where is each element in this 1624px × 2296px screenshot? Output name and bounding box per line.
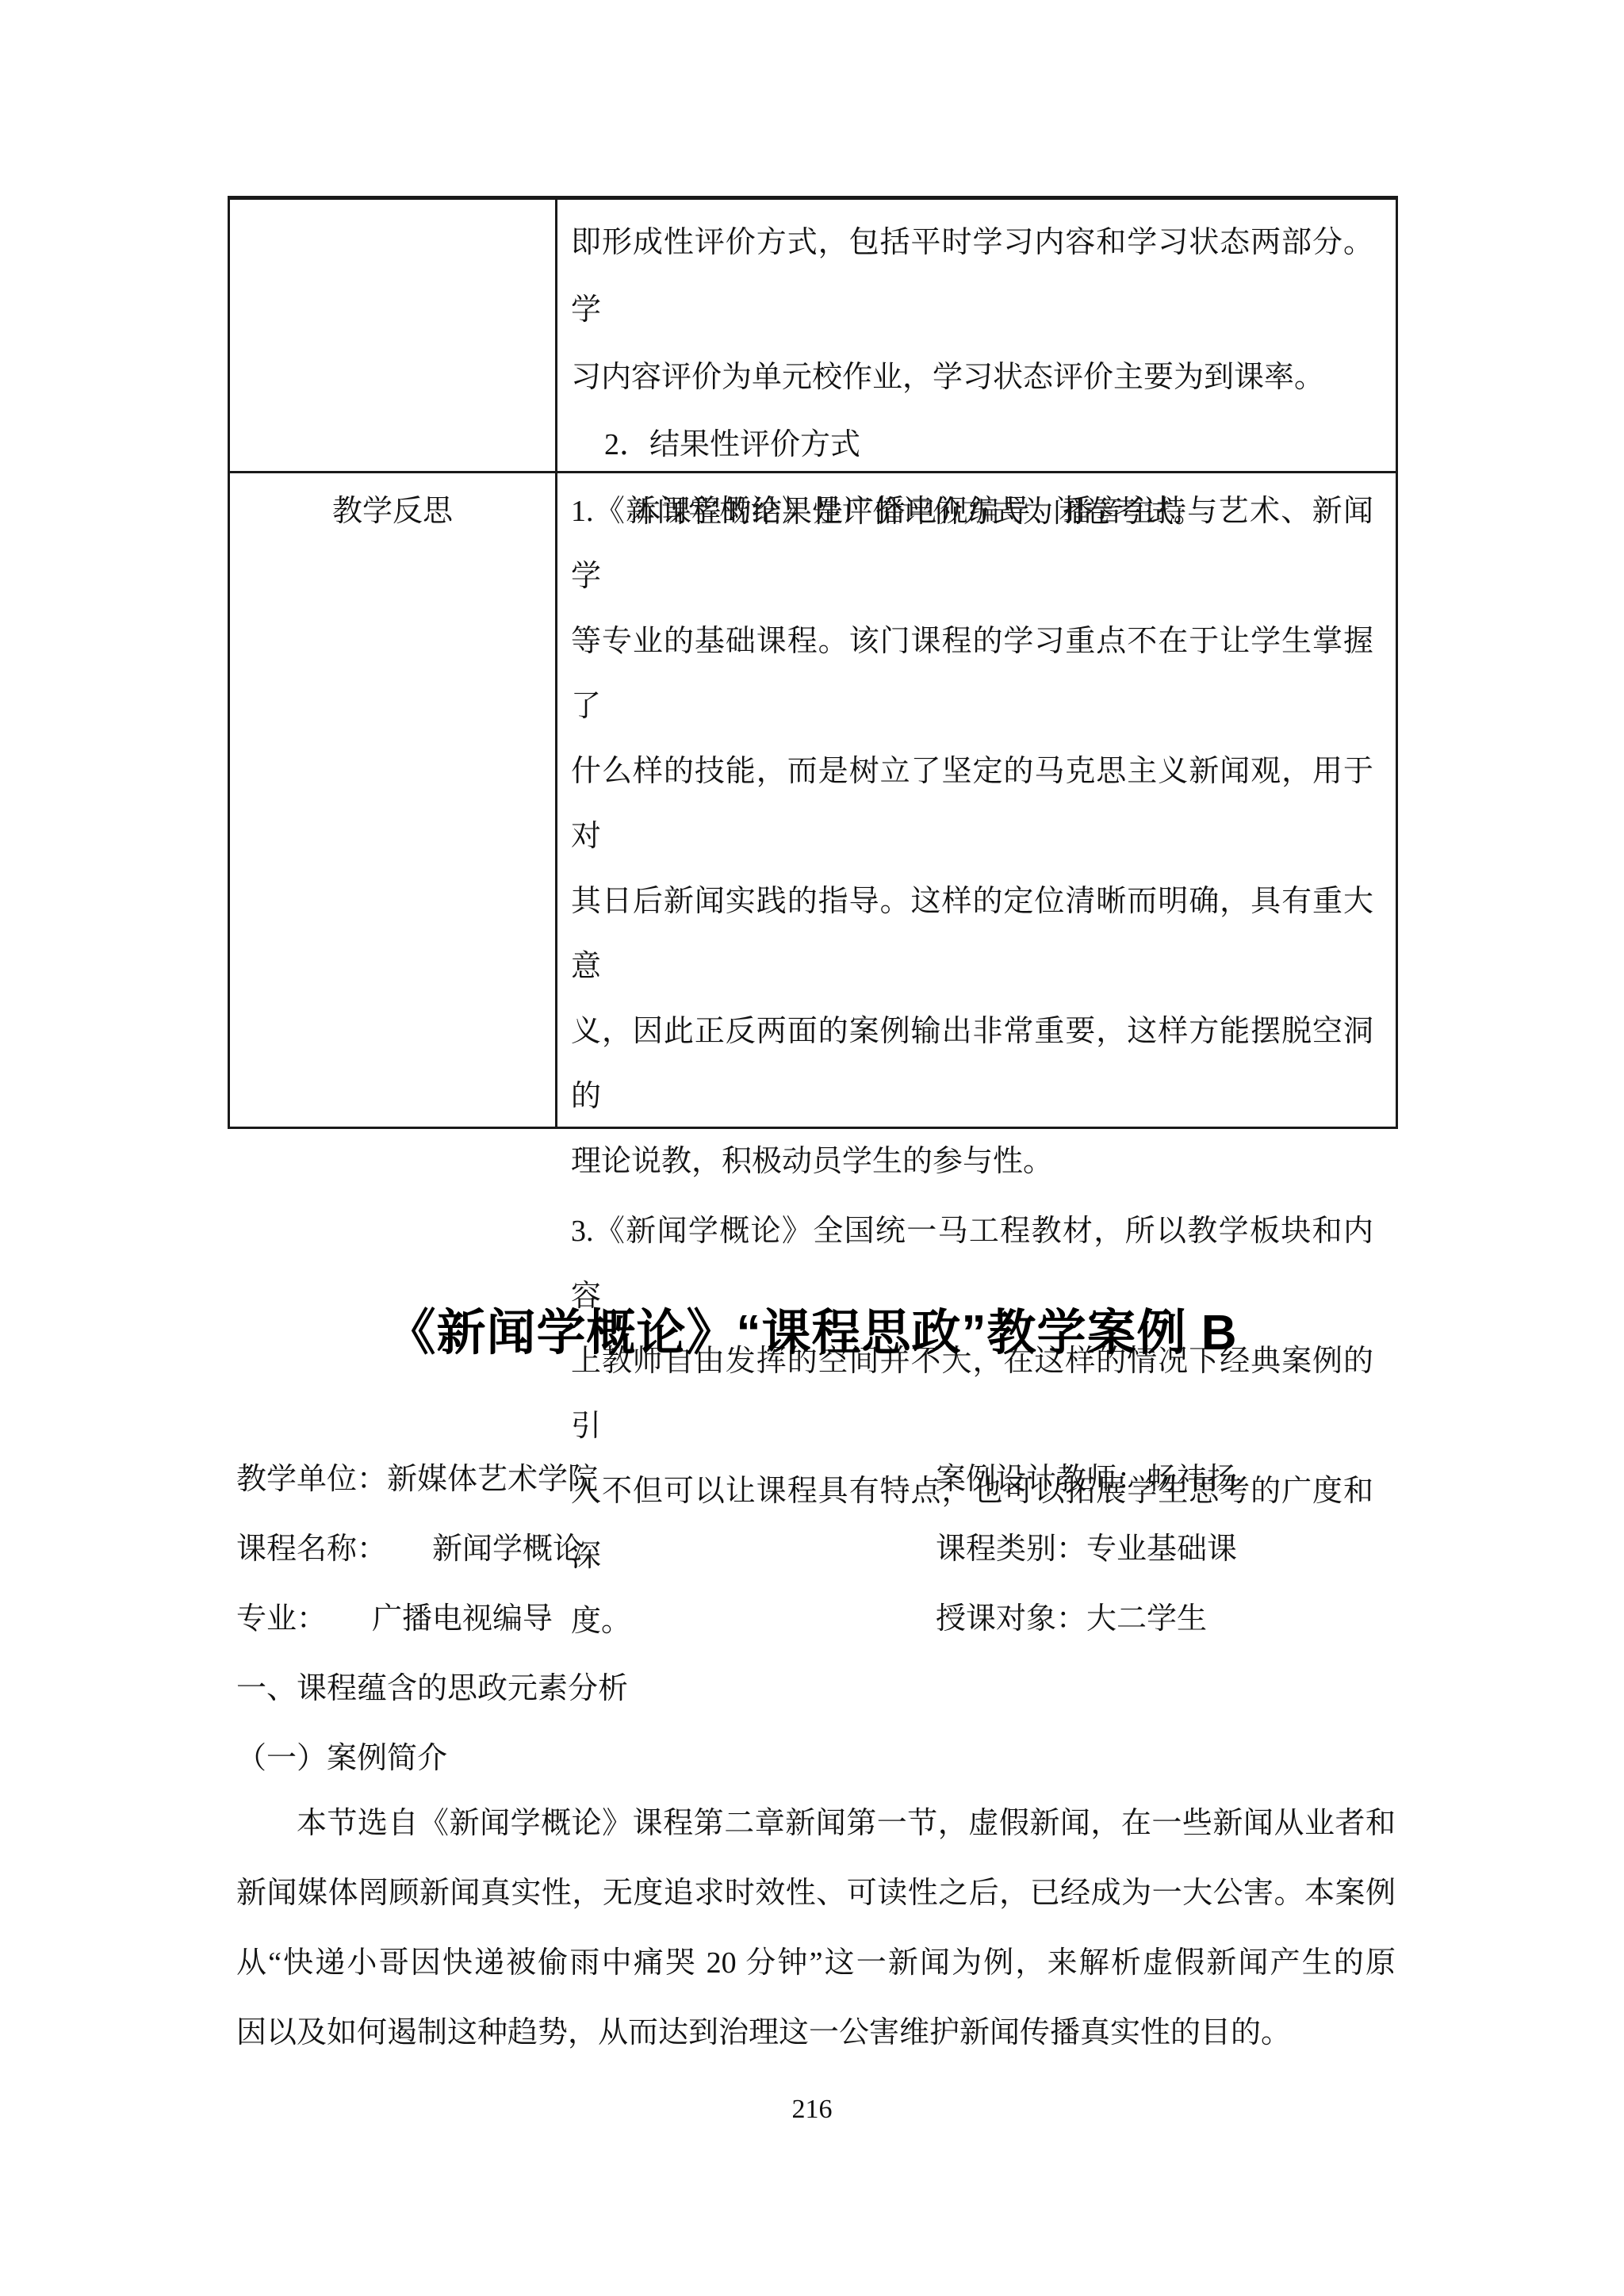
intro-line: 新闻媒体罔顾新闻真实性，无度追求时效性、可读性之后，已经成为一大公害。本案例 [236, 1858, 1396, 1928]
table-line: 即形成性评价方式，包括平时学习内容和学习状态两部分。学 [571, 209, 1373, 344]
table-line: 什么样的技能，而是树立了坚定的马克思主义新闻观，用于对 [571, 739, 1373, 869]
major: 专业： 广播电视编导 [236, 1602, 553, 1636]
table-line: 理论说教，积极动员学生的参与性。 [571, 1129, 1373, 1194]
section-heading-2: （一）案例简介 [236, 1724, 447, 1793]
table-line: 等专业的基础课程。该门课程的学习重点不在于让学生掌握了 [571, 609, 1373, 739]
case-designer: 案例设计教师：畅祎扬 [936, 1445, 1237, 1514]
table-cell-reflection-label: 教学反思 [230, 479, 555, 544]
teaching-unit: 教学单位：新媒体艺术学院 [236, 1463, 598, 1496]
intro-line: 本节选自《新闻学概论》课程第二章新闻第一节，虚假新闻，在一些新闻从业者和 [236, 1789, 1396, 1858]
table-line: 其日后新闻实践的指导。这样的定位清晰而明确，具有重大意 [571, 869, 1373, 999]
table-line: 2．结果性评价方式 [571, 411, 1373, 479]
info-row-unit: 教学单位：新媒体艺术学院 案例设计教师：畅祎扬 [236, 1445, 1396, 1514]
course-name: 课程名称： 新闻学概论 [236, 1533, 583, 1566]
doc-title: 《新闻学概论》“课程思政”教学案例 B [0, 1302, 1624, 1365]
document-page: 即形成性评价方式，包括平时学习内容和学习状态两部分。学 习内容评价为单元校作业，… [0, 0, 1624, 2296]
continuation-table: 即形成性评价方式，包括平时学习内容和学习状态两部分。学 习内容评价为单元校作业，… [228, 196, 1398, 1129]
table-column-divider [555, 200, 557, 1127]
course-category: 课程类别：专业基础课 [936, 1514, 1237, 1584]
section-heading-1: 一、课程蕴含的思政元素分析 [236, 1654, 628, 1724]
intro-line: 从“快递小哥因快递被偷雨中痛哭 20 分钟”这一新闻为例，来解析虚假新闻产生的原 [236, 1928, 1396, 1998]
table-line: 1.《新闻学概论》是广播电视编导、播音主持与艺术、新闻学 [571, 479, 1373, 609]
info-row-course: 课程名称： 新闻学概论 课程类别：专业基础课 [236, 1514, 1396, 1584]
reflection-label: 教学反思 [332, 495, 453, 528]
info-row-major: 专业： 广播电视编导 授课对象：大二学生 [236, 1584, 1396, 1654]
course-info-block: 教学单位：新媒体艺术学院 案例设计教师：畅祎扬 课程名称： 新闻学概论 课程类别… [236, 1445, 1396, 1654]
intro-line: 因以及如何遏制这种趋势，从而达到治理这一公害维护新闻传播真实性的目的。 [236, 1998, 1396, 2068]
table-line: 义，因此正反两面的案例输出非常重要，这样方能摆脱空洞的 [571, 999, 1373, 1129]
case-intro-paragraph: 本节选自《新闻学概论》课程第二章新闻第一节，虚假新闻，在一些新闻从业者和 新闻媒… [236, 1789, 1396, 2068]
reflection-paragraph-1: 1.《新闻学概论》是广播电视编导、播音主持与艺术、新闻学 等专业的基础课程。该门… [571, 479, 1373, 1194]
target-students: 授课对象：大二学生 [936, 1584, 1207, 1654]
table-line: 习内容评价为单元校作业，学习状态评价主要为到课率。 [571, 344, 1373, 411]
page-number: 216 [0, 2091, 1624, 2128]
